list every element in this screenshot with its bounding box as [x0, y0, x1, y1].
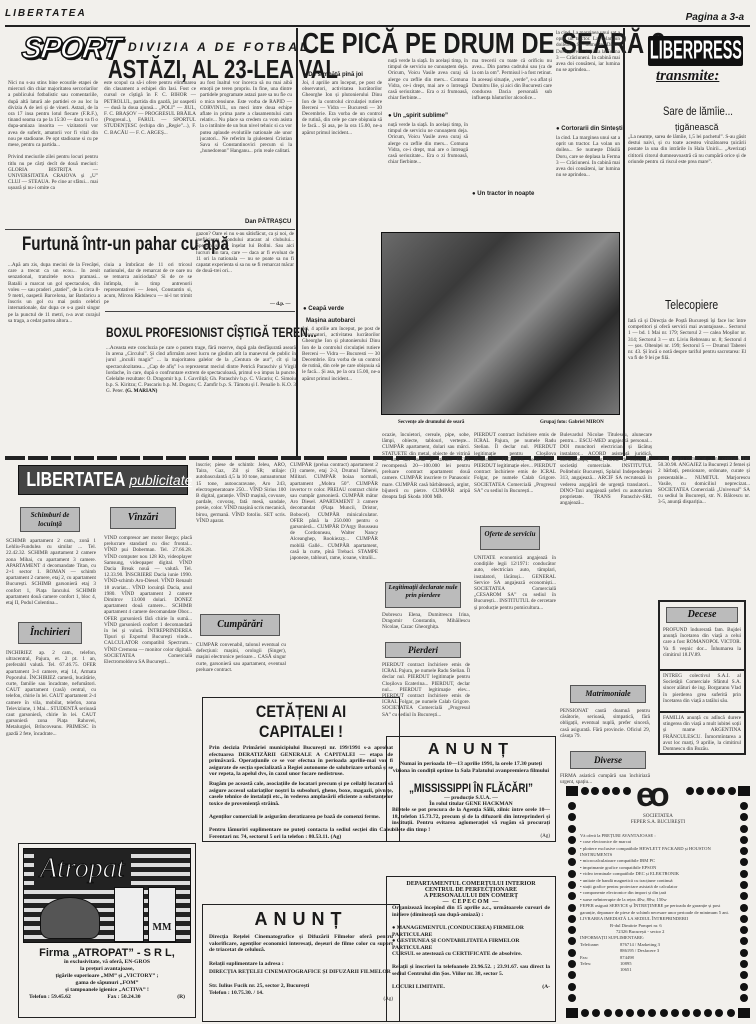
col5-listings: ocazie, încuietori, cereale, pipe, sobe,… [382, 432, 470, 552]
atropat-l5: și tampoanele igienice „ACTIVA” ! [23, 987, 191, 994]
ce-pica-col1b: Joi, 4 aprilie am început, pe post de ob… [302, 326, 380, 418]
category-matrimoniale: Matrimoniale [570, 685, 646, 703]
cigarette-pack [114, 887, 144, 942]
oferte-listings: UNITATE economică angajează în condițiil… [474, 555, 556, 720]
anunt-mississippi-p4: Biletele se pot procura de la Agenția Să… [392, 807, 550, 834]
anunt-filme-p5: Telefon : 10.75.30. / 14. [209, 990, 393, 997]
furtuna-col1: ...Apă am zis, dupa mecini de la Frecățe… [8, 262, 100, 442]
category-decese: Decese [666, 607, 738, 623]
ce-pica-col2: nuță verde la siață. In același timp, în… [388, 58, 468, 108]
ce-pica-col4: la cind. La marginea unui sat a oprit un… [556, 30, 620, 125]
atropat-image: Atropat MM [23, 848, 191, 943]
atropat-firm: Firma „ATROPAT” - S R L, [23, 947, 191, 959]
ce-pica-sub5: ● Un tractor în noapte [472, 191, 534, 197]
ce-pica-col1: Joi, 4 aprilie am început, pe post de ob… [302, 80, 382, 275]
column-divider [296, 28, 298, 456]
category-inchirieri: Închirieri [18, 622, 82, 644]
atropat-l4: gama de săpunuri „FOM” [23, 980, 191, 987]
cetateni-p1: Prin decizia Primăriei municipiului Bucu… [209, 745, 393, 778]
anunt-filme-box: ANUNȚ Direcția Rețelei Cinematografice ș… [202, 904, 400, 1022]
col6-listings: PIERDUT contract închiriere emis de ICRA… [474, 432, 556, 532]
liberpress-body2: Iată că și Direcția de Poștă București î… [628, 318, 746, 444]
atropat-l2: la prețuri avantajoase, [23, 966, 191, 973]
cetateni-p2: Rugăm pe această cale, asociațiile de lo… [209, 781, 393, 814]
category-pierderi: Pierderi [385, 642, 461, 658]
film-title: „MISSISSIPPI ÎN FLĂCĂRI” [408, 781, 534, 795]
emblem-icon [40, 897, 100, 939]
photo-caption-left: Secvențe ale drumului de seară [398, 420, 464, 425]
sport-divider [5, 229, 295, 230]
vinzari-listings: VÎND compresor aer motor Bergo; placă pr… [104, 535, 192, 825]
boxul-headline: BOXUL PROFESIONIST CÎȘTIGĂ TEREN... [106, 324, 316, 340]
photo-caption-right: Grupaj foto: Gabriel MIRON [540, 420, 604, 425]
cetateni-p3: Agenților comerciali le asigurăm deratiz… [209, 814, 393, 827]
decese-divider [660, 669, 744, 671]
anunt-filme-tag: (Ag) [209, 997, 393, 1002]
ce-pica-sub2: ● Un „spirit sublime” [388, 113, 448, 119]
atropat-logo: Atropat [34, 853, 131, 885]
furtuna-byline: — d.p. — [270, 302, 291, 307]
decese-box: Decese PROFUND îndurerată fam. Bujdei an… [658, 600, 746, 755]
header-rule [5, 25, 750, 27]
sport-kicker: DIVIZIA A DE FOTBAL [128, 40, 310, 54]
liberpress-logo-box: LIBERPRESS [648, 36, 743, 66]
anunt-mississippi-box: ANUNȚ Numai în perioada 10—13 aprilie 19… [386, 736, 556, 842]
cepecom-p1: Organizează începînd din 15 aprilie a.c.… [392, 905, 550, 925]
atropat-contact: Telefon : 59.45.62Fax : 50.24.30(R) [23, 994, 191, 1000]
cepecom-item1: ● MANAGEMENTUL (CONDUCEREA) FIRMELOR PAR… [392, 925, 550, 938]
atropat-ad: Atropat MM Firma „ATROPAT” - S R L, în e… [18, 843, 196, 1018]
masthead: LIBERTATEA [5, 8, 87, 19]
publicitate-banner: LIBERTATEA publicitate [18, 465, 188, 495]
sport-col2: este scopul ca să-i ofere pentru elimina… [104, 80, 196, 225]
anunt-mississippi-headline: ANUNȚ [392, 741, 550, 759]
ce-pica-col2b: nuță verde la siață. In același timp, în… [388, 122, 468, 227]
feper-border-left [568, 802, 576, 1002]
furtuna-col3: gazon? Oare ei nu s-au sătisfăcut, ca și… [196, 231, 294, 301]
category-oferte: Oferte de serviciu [480, 526, 540, 550]
col7-listings: Bulevardul Nicolae Titulescu, alunecare … [560, 432, 652, 584]
decese-item-2: ÎNTREG colectivul S.A.I. al Societății C… [660, 673, 744, 709]
ce-pica-sub1: ● De sîmbătă pînă joi [303, 72, 363, 78]
liberpress-divider [623, 28, 625, 456]
page-number: Pagina a 3-a [686, 12, 744, 23]
cigarette-pack: MM [148, 887, 176, 942]
liberpress-body1: „La neamțe, sarea de lămîie, 1,5 lei pac… [628, 134, 746, 296]
anunt-filme-p2: Relații suplimentare la adresa : [209, 961, 393, 969]
ce-pica-sub6: ● Cortorarii din Sintești [556, 126, 623, 132]
category-diverse: Diverse [570, 751, 646, 769]
ce-pica-sub3: ● Ceapă verde [303, 306, 344, 312]
cepecom-p2: CURSUL se atestează cu CERTIFICATE de ab… [392, 951, 550, 964]
col8-listings: zonă, spațiu comercial, zonă centrală. T… [658, 456, 750, 596]
col4-listings: CUMPĂR (prelua contract) apartament 2 (3… [290, 462, 378, 702]
cumparari-listings: CUMPĂR convenabil, talonul eventual cu d… [196, 642, 286, 698]
sport-logo: SPORT [20, 32, 123, 66]
cetateni-headline: CETĂȚENI AI CAPITALEI ! [223, 702, 379, 742]
atropat-l1: în exclusivitate, vă oferă, EN-GROS [23, 959, 191, 966]
feper-border-bottom [566, 1008, 750, 1018]
boxul-divider [105, 311, 295, 312]
boxul-body: ...Aceasta este concluzia pe care o pute… [106, 345, 296, 445]
furtuna-col2: ciuia a îmbrăcat de 11 ori tricoul natio… [104, 262, 192, 312]
news-photo [381, 232, 620, 415]
legitimatii-listings: Dobrescu Elena, Dumitrescu Irina, Dragom… [382, 612, 470, 636]
cepecom-item2: ● GESTIUNEA ȘI CONTABILITATEA FIRMELOR P… [392, 938, 550, 951]
category-schimburi: Schimburi de locuință [20, 507, 80, 532]
liberpress-logo: LIBERPRESS [649, 36, 741, 66]
anunt-mississippi-tag: (Ag) [392, 834, 550, 839]
atropat-l3: țigările superioare „MM” și „VICTORY” ; [23, 973, 191, 980]
liberpress-headline1: Sare de lămîie... [663, 104, 733, 118]
cetateni-p4: Pentru lămuriri suplimentare ne puteți c… [209, 827, 393, 847]
cepecom-box: DEPARTAMENTUL COMERȚULUI INTERIOR CENTRU… [386, 876, 556, 1022]
category-cumparari: Cumpărări [200, 614, 280, 636]
anunt-filme-p4: Str. Iulius Fucik nr. 25, sector 2, Bucu… [209, 983, 393, 990]
anunt-mississippi-p1: Numai în perioada 10—13 aprilie 1991, la… [392, 761, 550, 781]
inchirieri-listings: ÎNCHIRIEZ ap. 2 cam., telefon, ultracent… [6, 650, 96, 820]
category-vinzari: Vînzări [110, 507, 176, 529]
cetateni-box: CETĂȚENI AI CAPITALEI ! Prin decizia Pri… [202, 697, 400, 842]
feper-border-right [740, 802, 748, 1002]
cepecom-p3: Relații și înscrieri la telefoanele 23.9… [392, 964, 550, 984]
anunt-filme-headline: ANUNȚ [209, 909, 393, 930]
feper-logo: eo [632, 778, 668, 812]
anunt-filme-p3: DIRECȚIA REȚELEI CINEMATOGRAFICE ȘI DIFU… [209, 969, 393, 983]
sport-col3: au fost înaltul vor încerca să nu mai ai… [200, 80, 292, 215]
feper-content: SOCIETATEA FEPER S.A. BUCUREȘTI Vă oferă… [580, 814, 736, 974]
liberpress-headline2: Telecopiere [665, 297, 718, 312]
ce-pica-col5: la cind. La marginea unui sat a oprit un… [556, 135, 620, 220]
liberpress-headline1b: țigănească [675, 122, 719, 132]
decese-item-3: FAMILIA anunță cu adîncă durere stingere… [660, 715, 744, 755]
sport-col1: Nici nu s-au stins bine ecourile etapei … [8, 80, 98, 225]
feper-ad: eo SOCIETATEA FEPER S.A. BUCUREȘTI Vă of… [566, 786, 750, 1018]
decese-divider [660, 711, 744, 713]
ce-pica-sub4: Mașina autobarci [306, 318, 355, 324]
col3-listings: lnscrie; piese de schimb: Jeleu, ARO, Ta… [196, 462, 286, 612]
ce-pica-col3: ma trecerii cu toate că orificiu nu avea… [472, 58, 552, 188]
category-legitimatii: Legitimații declarate nule prin pierdere [385, 582, 461, 608]
liberpress-tagline: transmite: [656, 68, 719, 85]
decese-item-1: PROFUND îndurerată fam. Bujdei anunță în… [660, 627, 744, 667]
sport-byline: Dan PĂTRAȘCU [245, 219, 291, 225]
anunt-filme-p1: Direcția Rețelei Cinematografice și Difu… [209, 934, 393, 961]
cepecom-p4: LOCURI LIMITATE.(A- [392, 984, 550, 990]
matrimoniale-listings: PENSIONAT caută doamnă pentru căsătorie,… [560, 708, 650, 746]
